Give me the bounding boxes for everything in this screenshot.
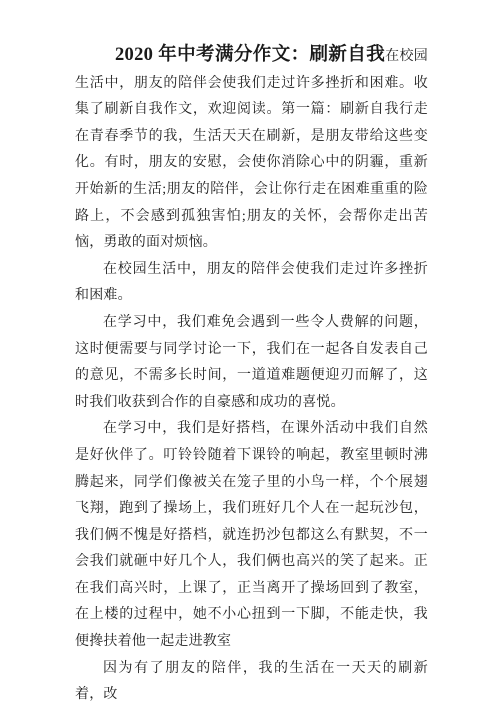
paragraph-2: 在校园生活中，朋友的陪伴会使我们走过许多挫折和困难。 xyxy=(75,257,428,310)
paragraph-text-1: 在校园生活中，朋友的陪伴会使我们走过许多挫折和困难。收集了刷新自我作文，欢迎阅读… xyxy=(75,49,428,250)
paragraph-4: 在学习中，我们是好搭档，在课外活动中我们自然是好伙伴了。叮铃铃随着下课铃的响起，… xyxy=(75,416,428,655)
paragraph-5-truncated: 因为有了朋友的陪伴，我的生活在一天天的刷新着，改 xyxy=(75,656,428,707)
opening-paragraph: 2020 年中考满分作文：刷新自我在校园生活中，朋友的陪伴会使我们走过许多挫折和… xyxy=(75,42,428,257)
paragraph-3: 在学习中，我们难免会遇到一些令人费解的问题，这时便需要与同学讨论一下，我们在一起… xyxy=(75,310,428,416)
document-page: 2020 年中考满分作文：刷新自我在校园生活中，朋友的陪伴会使我们走过许多挫折和… xyxy=(0,0,500,707)
essay-title: 2020 年中考满分作文：刷新自我 xyxy=(115,45,385,65)
